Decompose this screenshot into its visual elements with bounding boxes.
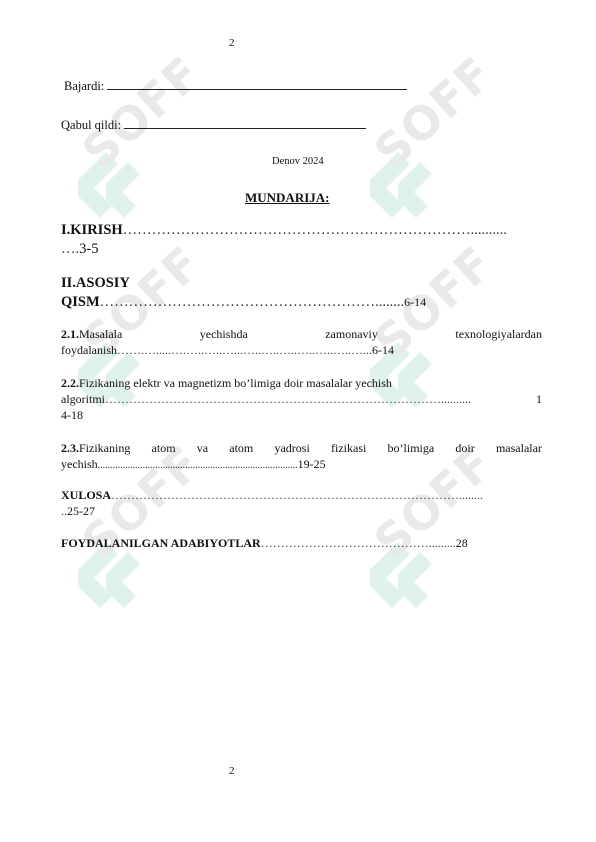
toc-label: XULOSA (61, 488, 111, 502)
toc-pages: 3-5 (79, 241, 98, 257)
toc-word: zamonaviy (325, 326, 378, 342)
toc-word: Fizikaning (79, 441, 130, 455)
performed-by-label: Bajardi: (64, 79, 104, 93)
toc-label: FOYDALANILGAN ADABIYOTLAR (61, 536, 261, 550)
toc-word: texnologiyalardan (455, 326, 542, 342)
toc-pages-part1: 1 (536, 391, 542, 407)
document-page: SOFF SOFF SOFF SOFF SOFF SOFF 2 Bajardi: (0, 0, 596, 842)
toc-dots: …. (61, 241, 79, 257)
toc-label-line1: ASOSIY (76, 275, 130, 291)
toc-label: QISM (61, 294, 100, 310)
place-year: Denov 2024 (272, 156, 324, 167)
toc-dots: ……………………………………………………………………………........ (111, 488, 483, 502)
toc-word: yadrosi (274, 440, 309, 456)
watermark-text: SOFF (364, 46, 503, 179)
toc-entry-asosiy-qism[interactable]: II.ASOSIY QISM………………………………………………….......… (61, 274, 426, 312)
toc-entry-2-3[interactable]: 2.3.Fizikaning atom va atom yadrosi fizi… (61, 440, 542, 474)
toc-dots: ………………………………………………………………………….......... (105, 391, 536, 407)
toc-pages: 6-14 (404, 295, 426, 309)
toc-word: atom (152, 440, 176, 456)
toc-entry-references[interactable]: FOYDALANILGAN ADABIYOTLAR…………………………………….… (61, 535, 468, 551)
toc-label-line2: foydalanish (61, 343, 117, 357)
toc-word: doir (455, 440, 474, 456)
toc-dots: ……………………………………......... (261, 536, 456, 550)
toc-word: fizikasi (331, 440, 366, 456)
toc-label: KIRISH (70, 222, 122, 238)
toc-dots: ........................................… (98, 460, 298, 471)
toc-number: 2.1. (61, 327, 79, 341)
toc-entry-kirish[interactable]: I.KIRISH………………………………………………………………........… (61, 221, 507, 259)
toc-dots: ……………………………………………………………….......... (123, 222, 507, 238)
toc-number: 2.2. (61, 376, 79, 390)
header-page-number: 2 (229, 37, 235, 49)
toc-label-line2: yechish (61, 457, 98, 471)
toc-label: Fizikaning elektr va magnetizm bo’limiga… (79, 376, 392, 390)
toc-word: va (197, 440, 208, 456)
toc-number: 2.3. (61, 441, 79, 455)
toc-word: masalalar (496, 440, 542, 456)
toc-number: II. (61, 275, 76, 291)
accepted-by-line (124, 118, 366, 129)
performed-by-row: Bajardi: (64, 79, 407, 94)
ss-logo-icon (370, 150, 440, 220)
toc-pages: 28 (456, 536, 468, 550)
toc-dots: …………………………………………………........ (100, 294, 405, 310)
toc-entry-2-1[interactable]: 2.1.Masalala yechishda zamonaviy texnolo… (61, 326, 542, 358)
toc-title: MUNDARIJA: (245, 190, 330, 206)
toc-number: I. (61, 222, 70, 238)
toc-word: yechishda (200, 326, 248, 342)
performed-by-line (107, 79, 407, 90)
footer-page-number: 2 (229, 765, 235, 777)
toc-pages: 19-25 (298, 457, 326, 471)
toc-label-line2: algoritmi (61, 391, 105, 407)
toc-word: atom (229, 440, 253, 456)
accepted-by-row: Qabul qildi: (61, 118, 366, 133)
watermark-text: SOFF (72, 46, 211, 179)
toc-entry-2-2[interactable]: 2.2.Fizikaning elektr va magnetizm bo’li… (61, 375, 542, 423)
toc-word: bo’limiga (388, 440, 435, 456)
toc-word: Masalala (79, 327, 122, 341)
toc-pages: 6-14 (372, 343, 394, 357)
toc-entry-xulosa[interactable]: XULOSA…………………………………………………………………………….....… (61, 487, 542, 519)
accepted-by-label: Qabul qildi: (61, 118, 121, 132)
toc-dots: …….….....….…..…..…...…..…..…..…..…..…..…… (117, 343, 372, 357)
toc-pages-part2: 4-18 (61, 408, 83, 422)
ss-logo-icon (78, 150, 148, 220)
toc-pages: 25-27 (67, 504, 95, 518)
